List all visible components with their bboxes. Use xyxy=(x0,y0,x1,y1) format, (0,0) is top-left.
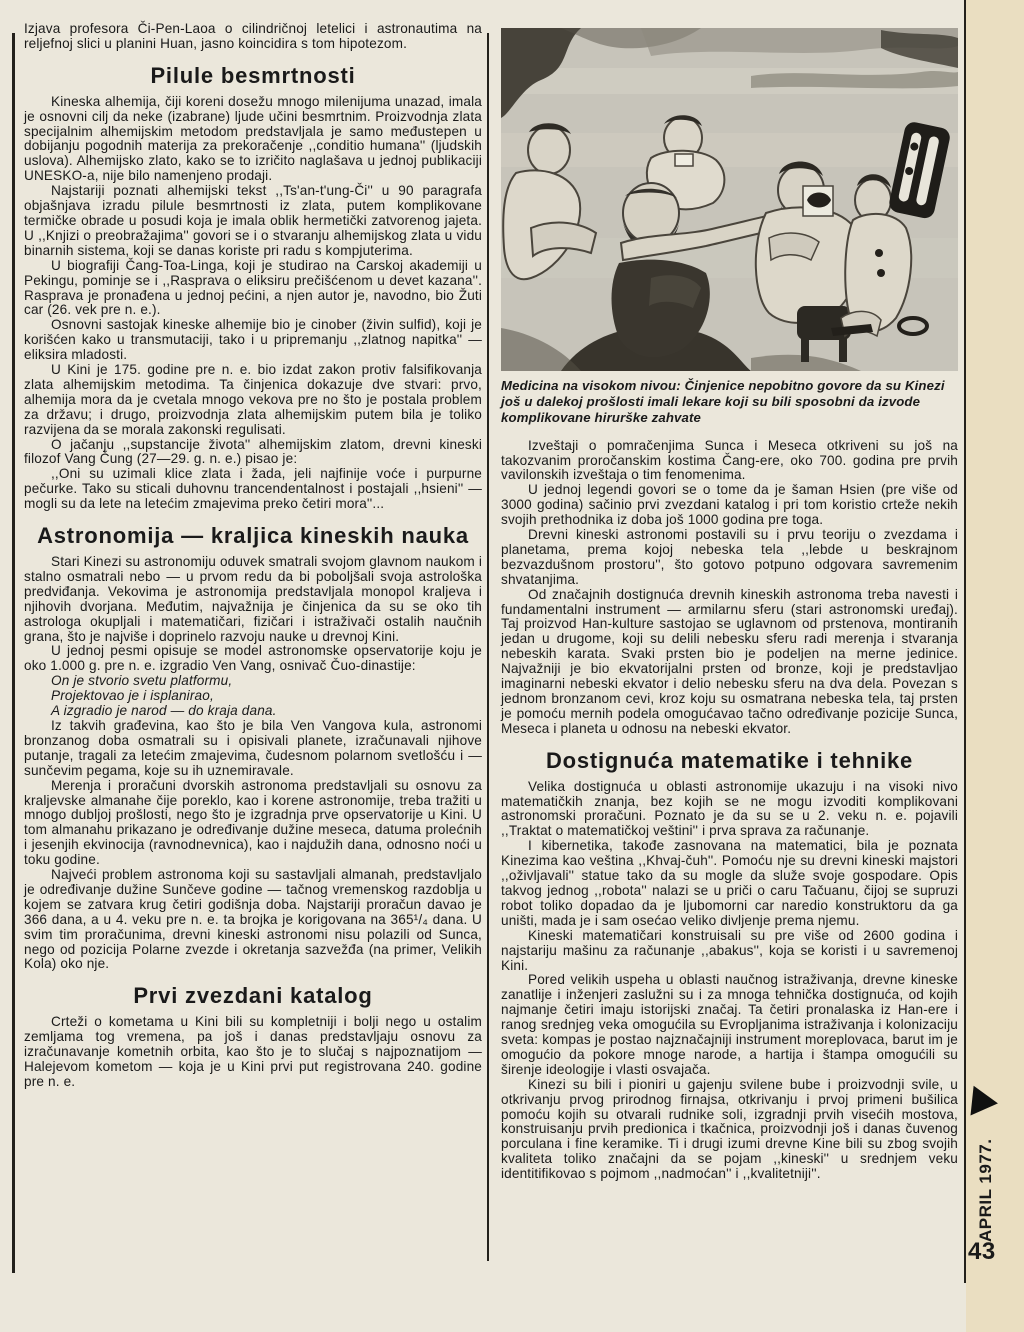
verse-line: Projektovao je i isplanirao, xyxy=(24,689,482,704)
photo-caption: Medicina na visokom nivou: Činjenice nep… xyxy=(501,378,958,427)
margin-rule xyxy=(964,0,966,1283)
paragraph: O jačanju ,,supstancije života'' alhemij… xyxy=(24,438,482,468)
paragraph: Osnovni sastojak kineske alhemije bio je… xyxy=(24,318,482,363)
paragraph: Kineski matematičari konstruisali su pre… xyxy=(501,929,958,974)
paragraph: Drevni kineski astronomi postavili su i … xyxy=(501,528,958,588)
paragraph: U jednoj legendi govori se o tome da je … xyxy=(501,483,958,528)
section-heading: Prvi zvezdani katalog xyxy=(24,989,482,1004)
paragraph: Pored velikih uspeha u oblasti naučnog i… xyxy=(501,973,958,1077)
paragraph: Izveštaji o pomračenjima Sunca i Meseca … xyxy=(501,439,958,484)
paragraph: Najveći problem astronoma koji su sastav… xyxy=(24,868,482,972)
paragraph: Stari Kinezi su astronomiju oduvek smatr… xyxy=(24,555,482,644)
section-heading: Astronomija — kraljica kineskih nauka xyxy=(24,529,482,544)
ink-painting-illustration xyxy=(501,28,958,371)
paragraph: Kineska alhemija, čiji koreni dosežu mno… xyxy=(24,95,482,184)
paragraph: I kibernetika, takođe zasnovana na matem… xyxy=(501,839,958,928)
paragraph: ,,Oni su uzimali klice zlata i žada, jel… xyxy=(24,467,482,512)
page-number: 43 xyxy=(968,1238,996,1266)
verse-quote: On je stvorio svetu platformu,Projektova… xyxy=(24,674,482,719)
paragraph: U Kini je 175. godine pre n. e. bio izda… xyxy=(24,363,482,438)
article-photo: Medicina na visokom nivou: Činjenice nep… xyxy=(501,28,958,427)
issue-date-label: APRIL 1977. xyxy=(976,1126,996,1242)
paragraph: Kinezi su bili i pioniri u gajenju svile… xyxy=(501,1078,958,1182)
paragraph: Najstariji poznati alhemijski tekst ,,Ts… xyxy=(24,184,482,259)
right-column: Medicina na visokom nivou: Činjenice nep… xyxy=(501,28,958,1182)
left-column-rule xyxy=(12,33,15,1273)
paragraph: Crteži o kometama u Kini bili su komplet… xyxy=(24,1015,482,1090)
paragraph: Izjava profesora Či-Pen-Laoa o cilindrič… xyxy=(24,22,482,52)
right-column-text: Izveštaji o pomračenjima Sunca i Meseca … xyxy=(501,439,958,1183)
verse-line: A izgradio je narod — do kraja dana. xyxy=(24,704,482,719)
paragraph: Merenja i proračuni dvorskih astronoma p… xyxy=(24,779,482,868)
section-heading: Pilule besmrtnosti xyxy=(24,69,482,84)
paragraph: U biografiji Čang-Toa-Linga, koji je stu… xyxy=(24,259,482,319)
inter-column-rule xyxy=(487,33,489,1261)
magazine-page: Izjava profesora Či-Pen-Laoa o cilindrič… xyxy=(0,0,1024,1332)
section-heading: Dostignuća matematike i tehnike xyxy=(501,754,958,769)
paragraph: Velika dostignuća u oblasti astronomije … xyxy=(501,780,958,840)
paragraph: U jednoj pesmi opisuje se model astronom… xyxy=(24,644,482,674)
verse-line: On je stvorio svetu platformu, xyxy=(24,674,482,689)
left-column: Izjava profesora Či-Pen-Laoa o cilindrič… xyxy=(24,22,482,1090)
paragraph: Od značajnih dostignuća drevnih kineskih… xyxy=(501,588,958,737)
continued-arrow-icon xyxy=(971,1086,1000,1119)
paragraph: Iz takvih građevina, kao što je bila Ven… xyxy=(24,719,482,779)
